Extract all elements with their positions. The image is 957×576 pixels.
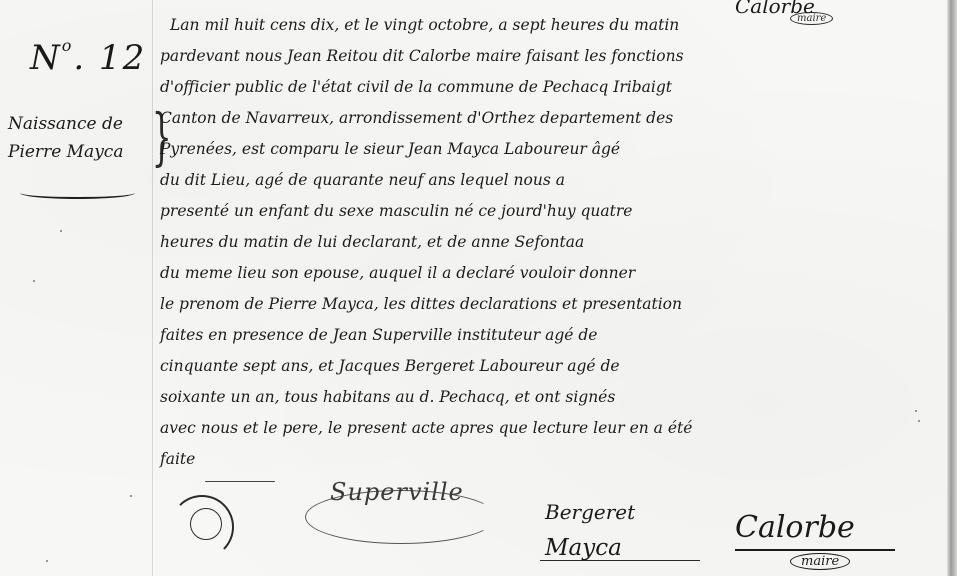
body-line-4: Canton de Navarreux, arrondissement d'Or… [160, 103, 900, 134]
body-line-11: faites en presence de Jean Superville in… [160, 320, 900, 351]
body-line-6: du dit Lieu, agé de quarante neuf ans le… [160, 165, 900, 196]
paper-speck [918, 420, 920, 422]
body-line-12: cinquante sept ans, et Jacques Bergeret … [160, 351, 900, 382]
signature-calorbe: Calorbe [735, 510, 855, 545]
act-number-value: 12 [99, 38, 146, 78]
paper-speck [60, 230, 62, 232]
body-line-5: Pyrenées, est comparu le sieur Jean Mayc… [160, 134, 900, 165]
act-number-superscript: o [62, 36, 74, 55]
signature-role-maire: maire [790, 553, 850, 570]
paper-speck [130, 495, 132, 497]
act-number-prefix: N [30, 38, 62, 78]
signature-underline [540, 560, 700, 561]
act-body: Lan mil huit cens dix, et le vingt octob… [160, 10, 900, 475]
scanned-register-page: No. 12 Naissance de Pierre Mayca } Calor… [0, 0, 957, 576]
act-number: No. 12 [30, 38, 146, 78]
paper-speck [33, 280, 35, 282]
body-line-14: avec nous et le pere, le present acte ap… [160, 413, 900, 444]
margin-title-line-2: Pierre Mayca [8, 138, 158, 166]
scroll-inner-loop-icon [190, 508, 222, 540]
margin-title: Naissance de Pierre Mayca [8, 110, 158, 166]
body-line-15: faite [160, 444, 900, 475]
closing-dash-line [205, 481, 275, 482]
body-line-8: heures du matin de lui declarant, et de … [160, 227, 900, 258]
margin-title-line-1: Naissance de [8, 110, 158, 138]
signature-underline [735, 549, 895, 551]
underline-flourish [20, 187, 135, 199]
body-line-3: d'officier public de l'état civil de la … [160, 72, 900, 103]
signature-bergeret: Bergeret [545, 500, 635, 524]
paper-speck [46, 560, 48, 562]
body-line-2: pardevant nous Jean Reitou dit Calorbe m… [160, 41, 900, 72]
body-line-10: le prenom de Pierre Mayca, les dittes de… [160, 289, 900, 320]
signature-mayca: Mayca [545, 535, 622, 561]
body-line-9: du meme lieu son epouse, auquel il a dec… [160, 258, 900, 289]
paper-speck [915, 410, 917, 412]
body-line-1: Lan mil huit cens dix, et le vingt octob… [160, 10, 900, 41]
binding-spine-shadow [947, 0, 957, 576]
signature-superville: Superville [330, 478, 464, 506]
margin-rule-line [152, 0, 153, 576]
body-line-13: soixante un an, tous habitans au d. Pech… [160, 382, 900, 413]
body-line-7: presenté un enfant du sexe masculin né c… [160, 196, 900, 227]
